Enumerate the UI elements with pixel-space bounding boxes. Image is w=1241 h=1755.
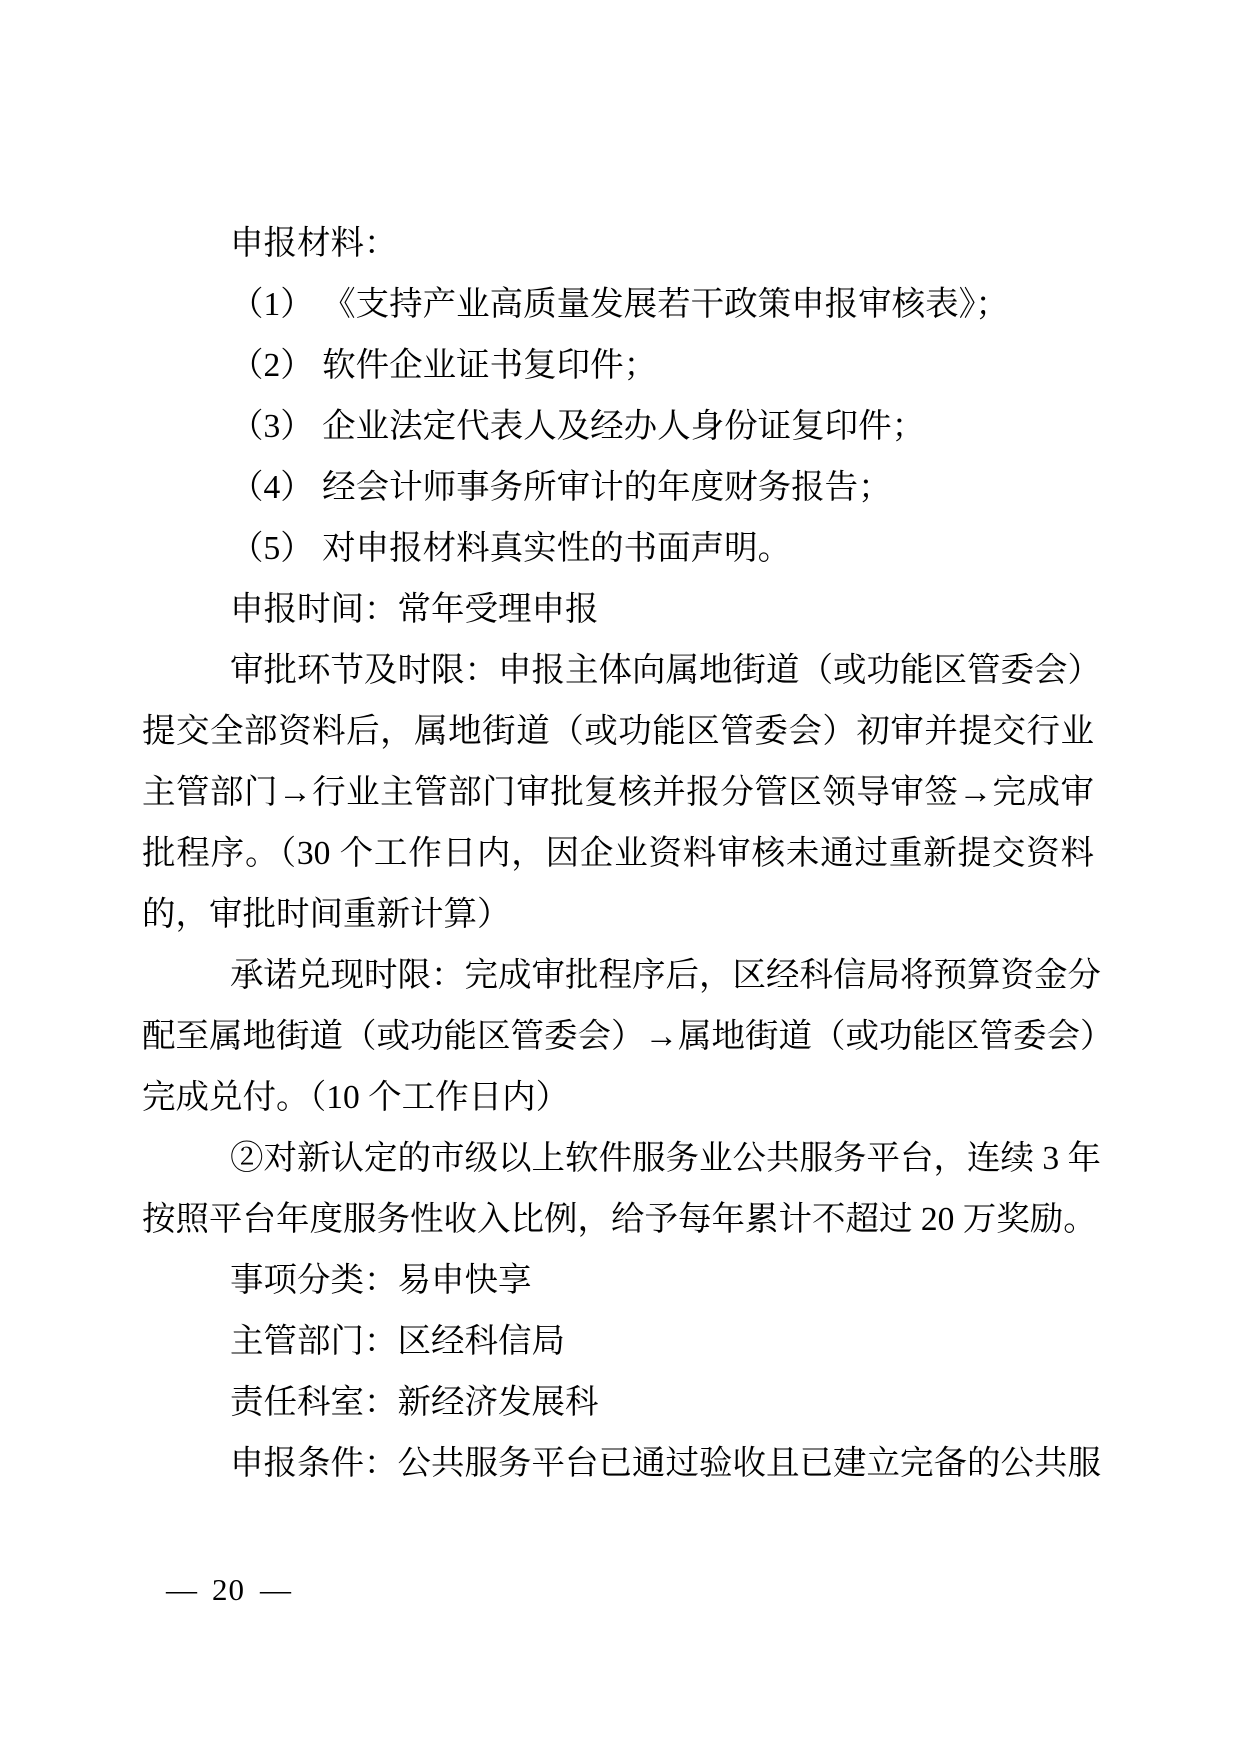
document-body: 申报材料： （1） 《支持产业高质量发展若干政策申报审核表》； （2） 软件企业… xyxy=(142,213,1094,1494)
text-line: 承诺兑现时限：完成审批程序后，区经科信局将预算资金分 xyxy=(142,945,1094,1006)
page-footer: — 20 — xyxy=(166,1570,291,1610)
text-line: 申报条件：公共服务平台已通过验收且已建立完备的公共服 xyxy=(142,1433,1094,1494)
text-line: 审批环节及时限：申报主体向属地街道（或功能区管委会） xyxy=(142,640,1094,701)
text-line: 申报材料： xyxy=(142,213,1094,274)
text-line: （4） 经会计师事务所审计的年度财务报告； xyxy=(142,457,1094,518)
text-line: 事项分类：易申快享 xyxy=(142,1250,1094,1311)
page-number-dash-left: — xyxy=(166,1572,197,1608)
text-line: 配至属地街道（或功能区管委会）→属地街道（或功能区管委会） xyxy=(142,1006,1094,1067)
page-number-dash-right: — xyxy=(260,1572,291,1608)
text-line: （1） 《支持产业高质量发展若干政策申报审核表》； xyxy=(142,274,1094,335)
text-line: （2） 软件企业证书复印件； xyxy=(142,335,1094,396)
text-line: （5） 对申报材料真实性的书面声明。 xyxy=(142,518,1094,579)
text-line: 申报时间：常年受理申报 xyxy=(142,579,1094,640)
text-line: 主管部门→行业主管部门审批复核并报分管区领导审签→完成审 xyxy=(142,762,1094,823)
text-line: 完成兑付。（10 个工作日内） xyxy=(142,1067,1094,1128)
text-line: （3） 企业法定代表人及经办人身份证复印件； xyxy=(142,396,1094,457)
text-line: 主管部门：区经科信局 xyxy=(142,1311,1094,1372)
text-line: 按照平台年度服务性收入比例，给予每年累计不超过 20 万奖励。 xyxy=(142,1189,1094,1250)
page-number: 20 xyxy=(212,1572,245,1608)
text-line: 的，审批时间重新计算） xyxy=(142,884,1094,945)
document-page: 申报材料： （1） 《支持产业高质量发展若干政策申报审核表》； （2） 软件企业… xyxy=(0,0,1241,1755)
text-line: 批程序。（30 个工作日内，因企业资料审核未通过重新提交资料 xyxy=(142,823,1094,884)
text-line: 责任科室：新经济发展科 xyxy=(142,1372,1094,1433)
text-line: ②对新认定的市级以上软件服务业公共服务平台，连续 3 年 xyxy=(142,1128,1094,1189)
text-line: 提交全部资料后，属地街道（或功能区管委会）初审并提交行业 xyxy=(142,701,1094,762)
